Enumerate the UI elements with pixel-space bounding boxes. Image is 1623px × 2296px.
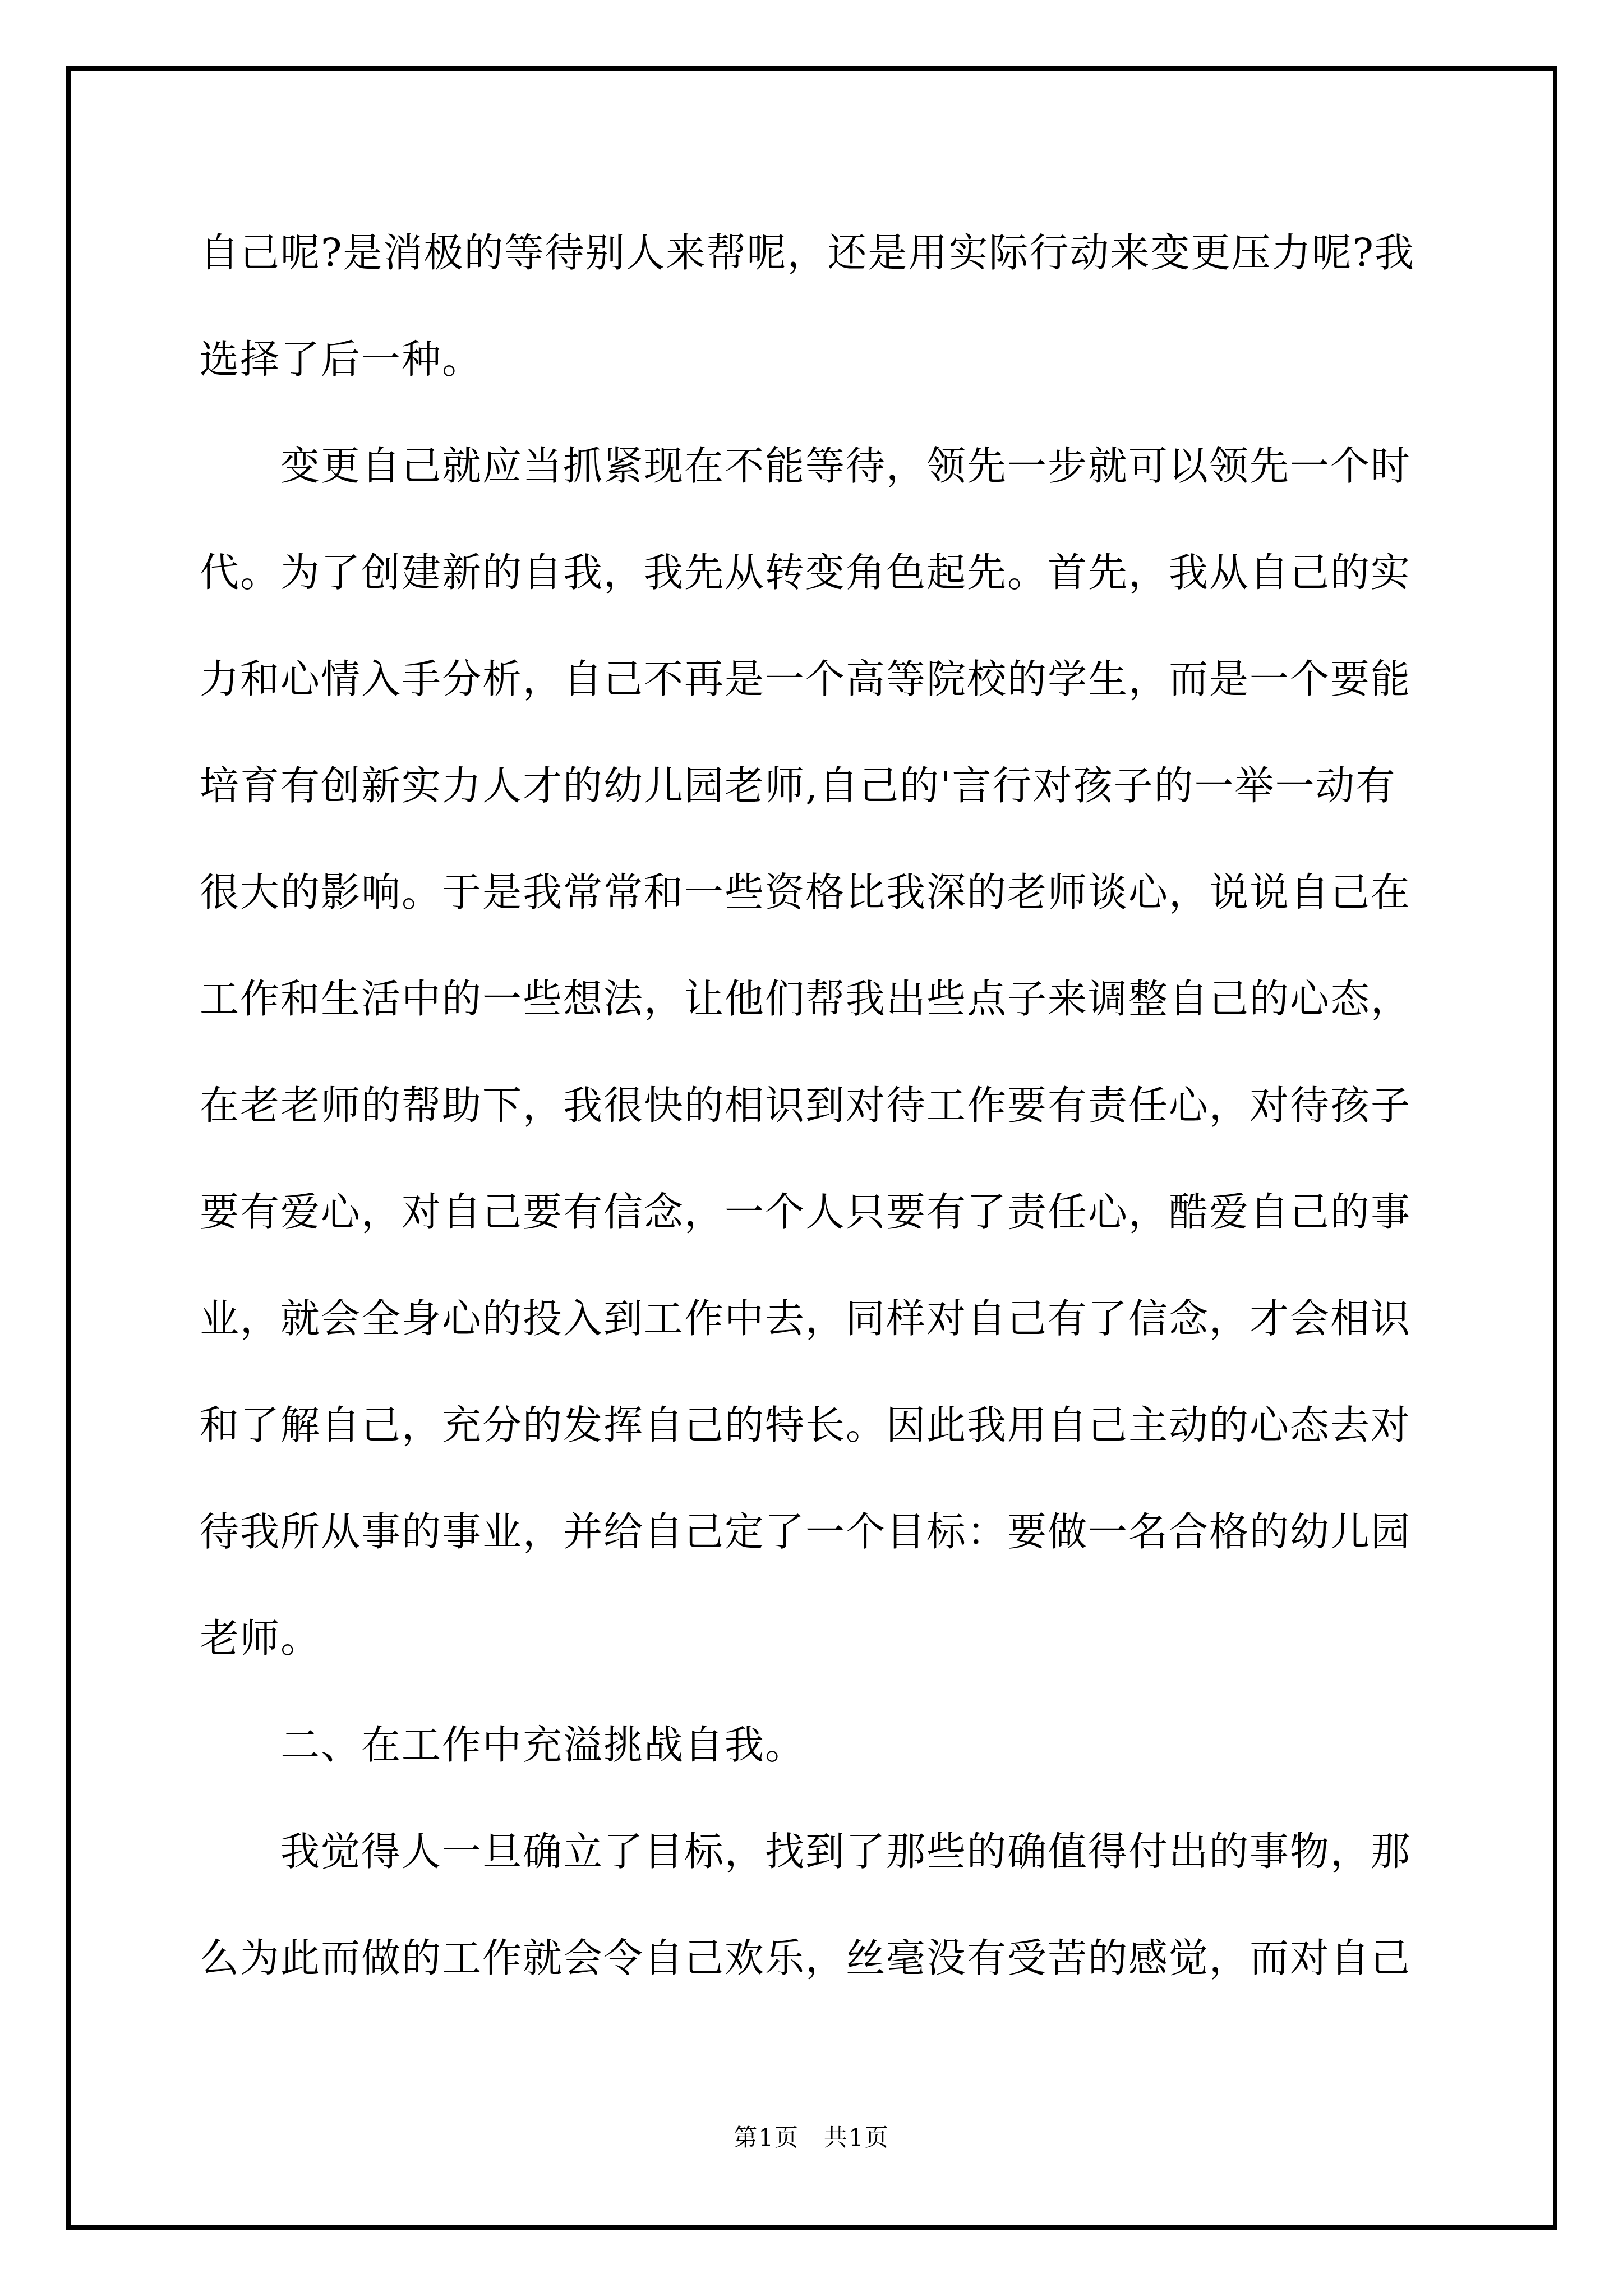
text-line: 么为此而做的工作就会令自己欢乐，丝毫没有受苦的感觉，而对自己 (200, 1902, 1433, 2008)
text-line: 工作和生活中的一些想法，让他们帮我出些点子来调整自己的心态， (200, 942, 1433, 1049)
text-line: 我觉得人一旦确立了目标，找到了那些的确值得付出的事物，那 (200, 1795, 1433, 1902)
text-line: 培育有创新实力人才的幼儿园老师,自己的'言行对孩子的一举一动有 (200, 729, 1433, 836)
text-line: 变更自己就应当抓紧现在不能等待，领先一步就可以领先一个时 (200, 409, 1433, 516)
text-line: 在老老师的帮助下，我很快的相识到对待工作要有责任心，对待孩子 (200, 1049, 1433, 1156)
text-line: 业，就会全身心的投入到工作中去，同样对自己有了信念，才会相识 (200, 1262, 1433, 1369)
document-body: 自己呢?是消极的等待别人来帮呢，还是用实际行动来变更压力呢?我选择了后一种。变更… (200, 196, 1433, 2008)
document-page: 自己呢?是消极的等待别人来帮呢，还是用实际行动来变更压力呢?我选择了后一种。变更… (0, 0, 1623, 2296)
text-line: 选择了后一种。 (200, 303, 1433, 409)
text-line: 和了解自己，充分的发挥自己的特长。因此我用自己主动的心态去对 (200, 1369, 1433, 1475)
footer-page-number: 第1页 (734, 2124, 799, 2151)
page-footer: 第1页共1页 (0, 2119, 1623, 2153)
text-line: 自己呢?是消极的等待别人来帮呢，还是用实际行动来变更压力呢?我 (200, 196, 1433, 303)
text-line: 老师。 (200, 1582, 1433, 1688)
text-line: 代。为了创建新的自我，我先从转变角色起先。首先，我从自己的实 (200, 516, 1433, 623)
footer-total-pages: 共1页 (824, 2124, 889, 2151)
text-line: 力和心情入手分析，自己不再是一个高等院校的学生，而是一个要能 (200, 623, 1433, 729)
text-line: 二、在工作中充溢挑战自我。 (200, 1688, 1433, 1795)
text-line: 很大的影响。于是我常常和一些资格比我深的老师谈心，说说自己在 (200, 836, 1433, 942)
text-line: 待我所从事的事业，并给自己定了一个目标：要做一名合格的幼儿园 (200, 1475, 1433, 1582)
text-line: 要有爱心，对自己要有信念，一个人只要有了责任心，酷爱自己的事 (200, 1156, 1433, 1262)
